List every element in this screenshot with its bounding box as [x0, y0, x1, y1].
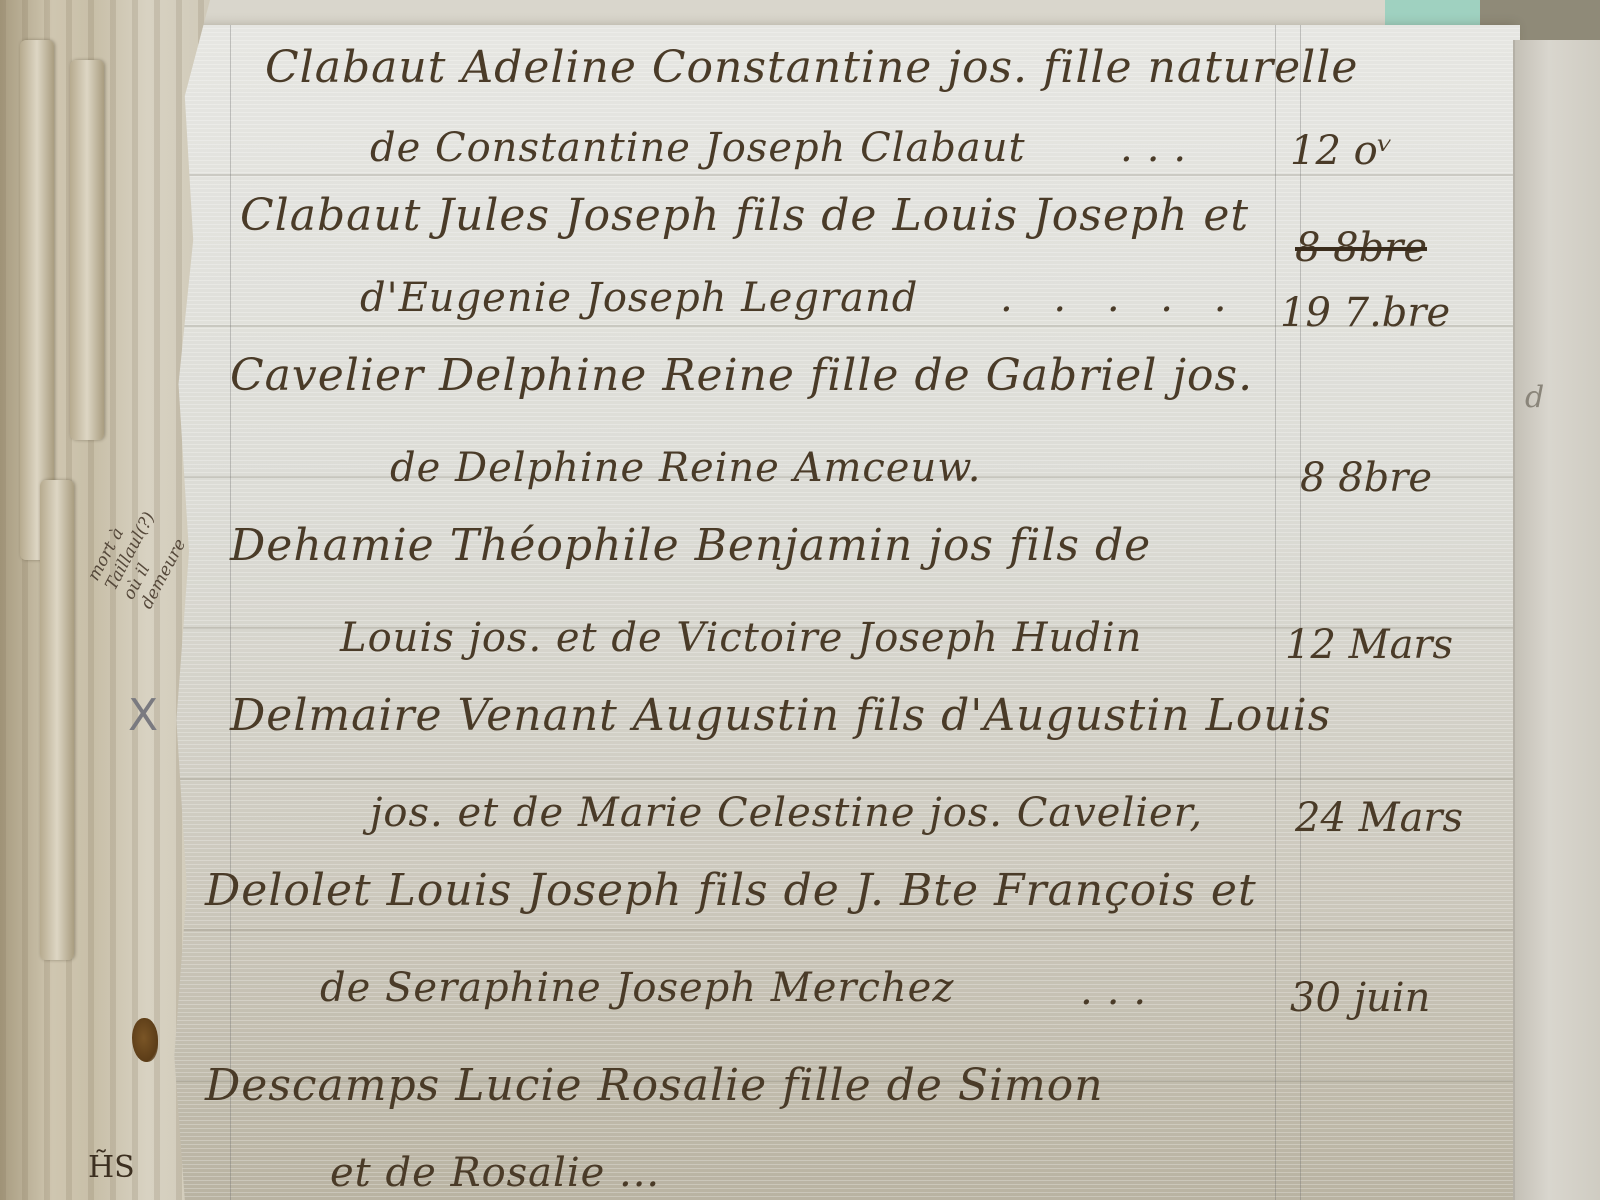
entry-7-line-2: et de Rosalie ...	[330, 1150, 660, 1196]
binding-strip	[70, 60, 104, 440]
entry-1-leader: ...	[1120, 125, 1200, 171]
facing-page-mark: d	[1525, 380, 1544, 415]
entry-1-date: 12 oᵛ	[1290, 128, 1393, 174]
facing-page-edge	[1513, 40, 1600, 1200]
left-margin-rule	[230, 25, 231, 1200]
entry-1-line-1: Clabaut Adeline Constantine jos. fille n…	[265, 42, 1358, 93]
entry-5-line-2: jos. et de Marie Celestine jos. Cavelier…	[370, 790, 1203, 836]
entry-6-leader: ...	[1080, 968, 1160, 1014]
entry-7-line-1: Descamps Lucie Rosalie fille de Simon	[205, 1060, 1104, 1111]
entry-6-line-1: Delolet Louis Joseph fils de J. Bte Fran…	[205, 865, 1257, 916]
entry-2-line-1: Clabaut Jules Joseph fils de Louis Josep…	[240, 190, 1249, 241]
entry-5-line-1: Delmaire Venant Augustin fils d'Augustin…	[230, 690, 1331, 741]
entry-4-line-1: Dehamie Théophile Benjamin jos fils de	[230, 520, 1151, 571]
entry-4-date: 12 Mars	[1285, 622, 1453, 668]
monogram-stamp: H̃S	[88, 1150, 135, 1185]
entry-2-line-2: d'Eugenie Joseph Legrand	[360, 275, 918, 321]
entry-2-leader: . . . . .	[1000, 275, 1240, 321]
entry-2-struck-date: 8 8bre	[1295, 225, 1427, 271]
date-column-rule	[1275, 25, 1276, 1200]
binding-strip	[40, 480, 74, 960]
entry-3-line-1: Cavelier Delphine Reine fille de Gabriel…	[230, 350, 1253, 401]
register-photo: Clabaut Adeline Constantine jos. fille n…	[0, 0, 1600, 1200]
pencil-x-mark: X	[128, 690, 158, 741]
entry-6-line-2: de Seraphine Joseph Merchez	[320, 965, 954, 1011]
entry-2-date: 19 7.bre	[1280, 290, 1450, 336]
entry-5-date: 24 Mars	[1295, 795, 1463, 841]
date-column-rule	[1300, 25, 1301, 1200]
entry-6-date: 30 juin	[1290, 975, 1430, 1021]
entry-3-line-2: de Delphine Reine Amceuw.	[390, 445, 981, 491]
entry-1-line-2: de Constantine Joseph Clabaut	[370, 125, 1026, 171]
entry-3-date: 8 8bre	[1300, 455, 1432, 501]
ink-blot	[132, 1018, 158, 1062]
entry-4-line-2: Louis jos. et de Victoire Joseph Hudin	[340, 615, 1142, 661]
